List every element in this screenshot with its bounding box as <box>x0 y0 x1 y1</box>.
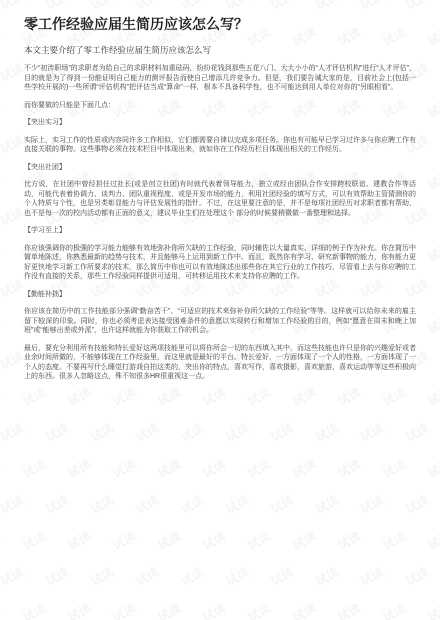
page-title: 零工作经验应届生简历应该怎么写？ <box>24 15 416 33</box>
watermark-text: 试读 <box>132 419 161 445</box>
watermark-text: 试读 <box>199 599 228 620</box>
watermark-text: 试读 <box>19 455 48 481</box>
watermark-text: 试读 <box>19 599 48 620</box>
watermark-text: 试读 <box>357 491 386 517</box>
intro-paragraph: 不少“初涉职场”的求职者为给自己的求职材料加重砝码，纷纷花钱到那些五花八门、大大… <box>24 64 416 93</box>
watermark-text: 试读 <box>87 491 116 517</box>
watermark-text: 试读 <box>0 455 4 481</box>
watermark-text: 试读 <box>244 599 273 620</box>
watermark-text: 试读 <box>334 455 363 481</box>
watermark-text: 试读 <box>42 491 71 517</box>
watermark-text: 试读 <box>312 563 341 589</box>
watermark-text: 试读 <box>42 419 71 445</box>
watermark-text: 试读 <box>222 419 251 445</box>
watermark-text: 试读 <box>424 527 440 553</box>
section-heading-learning: 【学习至上】 <box>24 226 416 236</box>
watermark-text: 试读 <box>244 383 273 409</box>
watermark-text: 试读 <box>379 383 408 409</box>
watermark-text: 试读 <box>109 455 138 481</box>
watermark-text: 试读 <box>334 599 363 620</box>
watermark-text: 试读 <box>289 383 318 409</box>
closing-paragraph: 最后，要充分利用所有技能和特长爱好这两项技能里可以将你所会一切的东西填入其中，而… <box>24 344 416 382</box>
watermark-text: 试读 <box>64 527 93 553</box>
watermark-text: 试读 <box>0 527 4 553</box>
watermark-text: 试读 <box>109 599 138 620</box>
watermark-text: 试读 <box>64 599 93 620</box>
watermark-text: 试读 <box>222 491 251 517</box>
page-subtitle: 本文主要介绍了零工作经验应届生简历应该怎么写 <box>24 45 416 56</box>
watermark-text: 试读 <box>0 383 4 409</box>
watermark-text: 试读 <box>132 563 161 589</box>
watermark-text: 试读 <box>109 383 138 409</box>
watermark-text: 试读 <box>177 491 206 517</box>
section-heading-internship: 【突出实习】 <box>24 118 416 128</box>
watermark-text: 试读 <box>199 527 228 553</box>
watermark-text: 试读 <box>267 419 296 445</box>
watermark-text: 试读 <box>379 455 408 481</box>
section-body-internship: 实际上，实习工作的性质或内容同许多工作相似，它们都需要自律以完成多项任务。你也有… <box>24 136 416 155</box>
watermark-text: 试读 <box>154 455 183 481</box>
watermark-text: 试读 <box>424 383 440 409</box>
lead-line: 而你要做的只能是下面几点： <box>24 101 416 111</box>
watermark-text: 试读 <box>244 455 273 481</box>
watermark-text: 试读 <box>222 563 251 589</box>
watermark-text: 试读 <box>267 563 296 589</box>
watermark-text: 试读 <box>244 527 273 553</box>
watermark-text: 试读 <box>109 527 138 553</box>
watermark-text: 试读 <box>312 419 341 445</box>
watermark-text: 试读 <box>19 383 48 409</box>
watermark-text: 试读 <box>357 563 386 589</box>
watermark-text: 试读 <box>0 563 27 589</box>
watermark-text: 试读 <box>0 599 4 620</box>
watermark-text: 试读 <box>267 491 296 517</box>
document-page: 试读试读试读试读试读试读试读试读试读试读试读试读试读试读试读试读试读试读试读试读… <box>0 0 440 620</box>
watermark-text: 试读 <box>154 599 183 620</box>
watermark-text: 试读 <box>154 527 183 553</box>
watermark-text: 试读 <box>177 563 206 589</box>
watermark-text: 试读 <box>0 491 27 517</box>
article-content: 零工作经验应届生简历应该怎么写？ 本文主要介绍了零工作经验应届生简历应该怎么写 … <box>0 0 440 382</box>
watermark-text: 试读 <box>87 563 116 589</box>
watermark-text: 试读 <box>334 383 363 409</box>
watermark-text: 试读 <box>64 455 93 481</box>
watermark-text: 试读 <box>424 599 440 620</box>
watermark-text: 试读 <box>402 563 431 589</box>
section-heading-diligence: 【勤能补拙】 <box>24 290 416 300</box>
watermark-text: 试读 <box>0 419 27 445</box>
watermark-text: 试读 <box>87 419 116 445</box>
section-heading-clubs: 【突出社团】 <box>24 163 416 173</box>
watermark-text: 试读 <box>42 563 71 589</box>
watermark-text: 试读 <box>289 599 318 620</box>
watermark-text: 试读 <box>357 419 386 445</box>
watermark-text: 试读 <box>312 491 341 517</box>
watermark-text: 试读 <box>154 383 183 409</box>
watermark-text: 试读 <box>177 419 206 445</box>
watermark-text: 试读 <box>289 455 318 481</box>
watermark-text: 试读 <box>379 527 408 553</box>
watermark-text: 试读 <box>402 491 431 517</box>
section-body-diligence: 你应该在简历中的工作技能部分强调“勤奋苦干”、“可适应的技术来弥补你所欠缺的工作… <box>24 307 416 336</box>
watermark-text: 试读 <box>199 383 228 409</box>
watermark-text: 试读 <box>424 455 440 481</box>
watermark-text: 试读 <box>289 527 318 553</box>
watermark-text: 试读 <box>64 383 93 409</box>
section-body-clubs: 比方说，在社团中曾经担任过社长(或是创立社团)有时就代表着领导能力，独立或经由团… <box>24 180 416 218</box>
watermark-text: 试读 <box>402 419 431 445</box>
watermark-text: 试读 <box>19 527 48 553</box>
watermark-text: 试读 <box>379 599 408 620</box>
section-body-learning: 你应该强调你的极强的学习能力能够有效地弥补你所欠缺的工作经验，同时辅佐以大量真实… <box>24 244 416 282</box>
watermark-text: 试读 <box>334 527 363 553</box>
watermark-text: 试读 <box>132 491 161 517</box>
watermark-text: 试读 <box>199 455 228 481</box>
